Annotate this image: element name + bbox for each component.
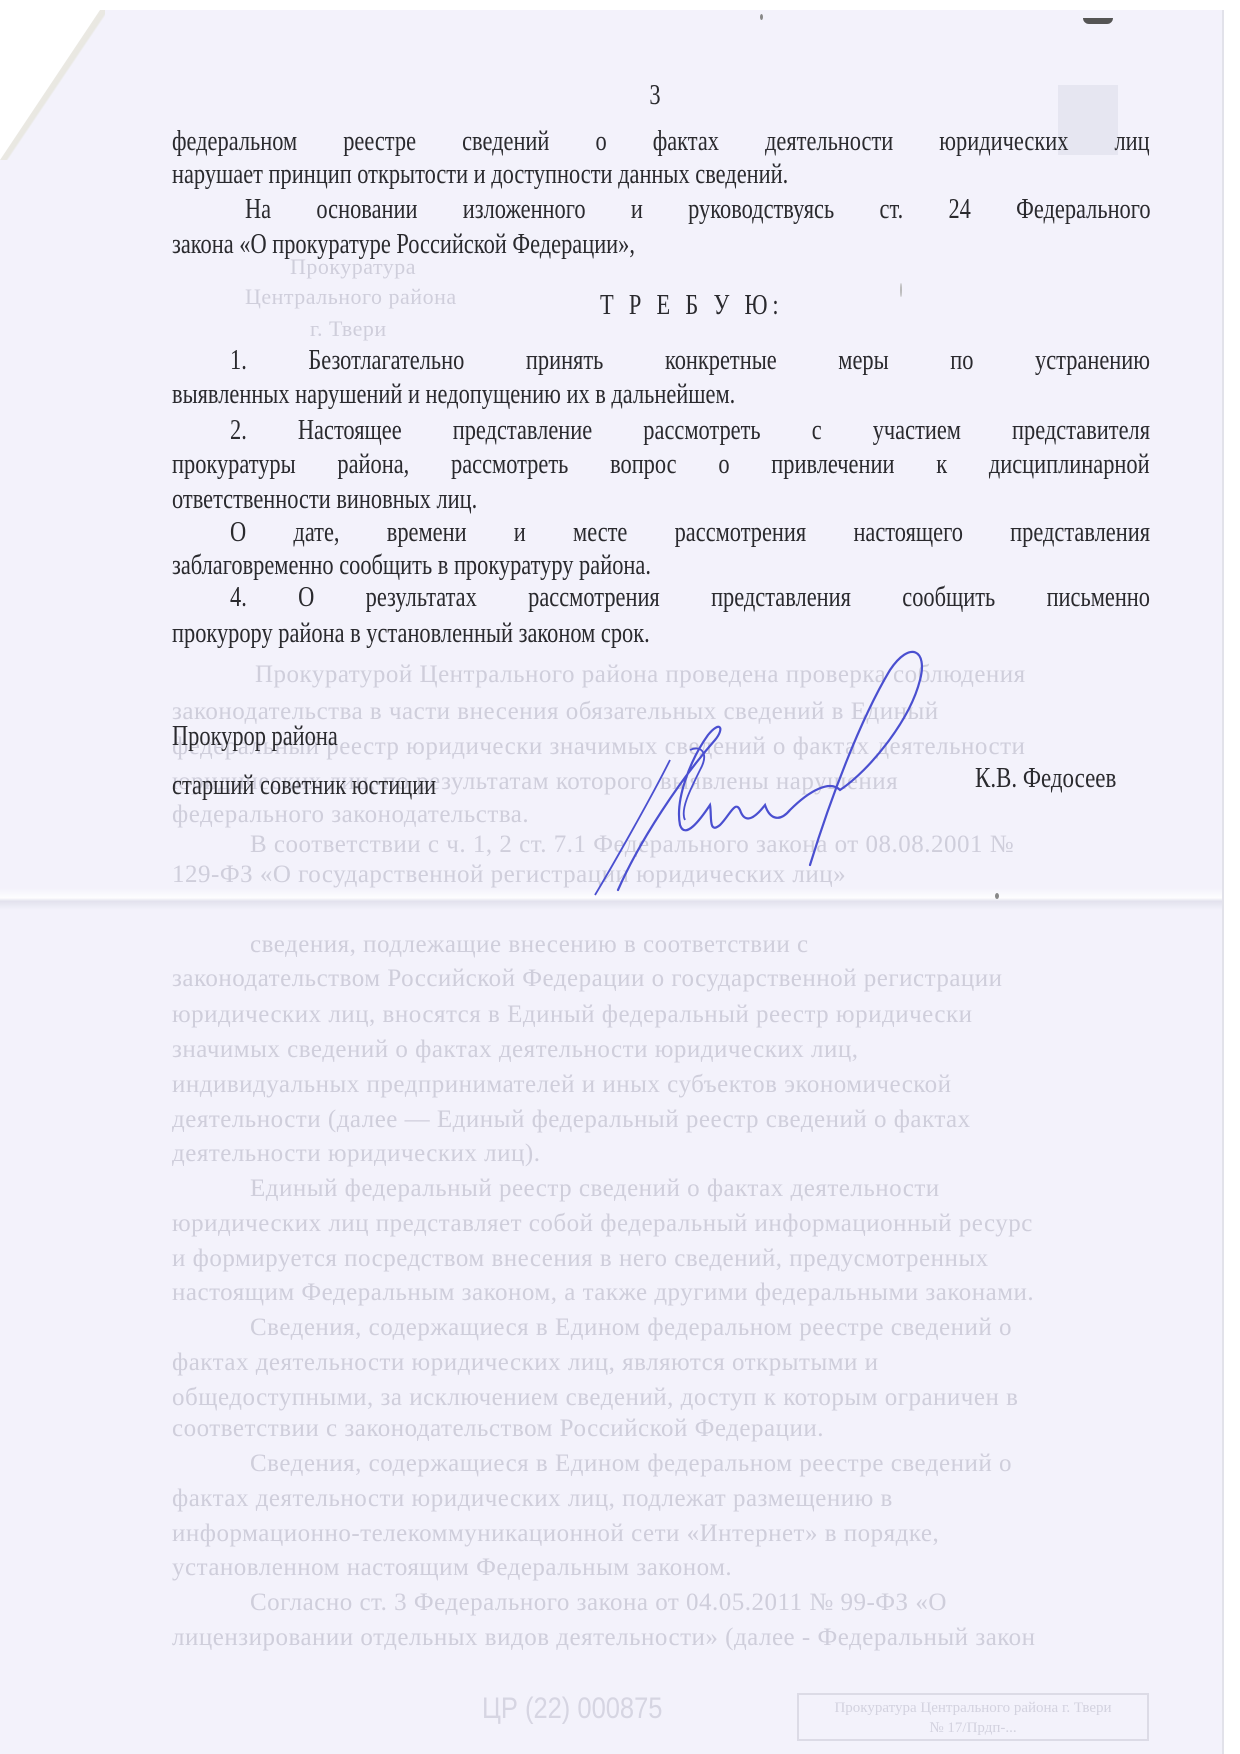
demand-heading: Т Р Е Б У Ю: [600,290,783,322]
bleed-line: Согласно ст. 3 Федерального закона от 04… [250,1586,1225,1620]
bleed-line: соответствии с законодательством Российс… [172,1412,1147,1446]
stamp-line-1: Прокуратура Центрального района г. Твери [799,1698,1147,1718]
text-line: закона «О прокуратуре Российской Федерац… [172,227,635,263]
handwritten-signature [540,640,1060,900]
scan-artifact [995,893,999,899]
folded-corner [0,10,100,160]
bleed-line: юридических лиц представляет собой федер… [172,1207,1147,1241]
bleed-line: сведения, подлежащие внесению в соответс… [250,928,1225,962]
text-line: Прокурор района [172,719,338,755]
bleed-line: и формируется посредством внесения в нег… [172,1242,1147,1276]
bleed-line: фактах деятельности юридических лиц, явл… [172,1346,1147,1380]
bleed-line: установленном настоящим Федеральным зако… [172,1551,1147,1585]
bleed-line: Сведения, содержащиеся в Едином федераль… [250,1447,1225,1481]
bleed-line: фактах деятельности юридических лиц, под… [172,1482,1147,1516]
scan-artifact [900,283,902,297]
text-line: нарушает принцип открытости и доступност… [172,157,788,193]
scan-artifact [1083,18,1113,24]
text-line: О дате, времени и месте рассмотрения нас… [230,515,1150,551]
text-line: 1. Безотлагательно принять конкретные ме… [230,343,1150,379]
text-line: заблаговременно сообщить в прокуратуру р… [172,548,651,584]
bleed-line: лицензировании отдельных видов деятельно… [172,1621,1147,1655]
bleed-line: Сведения, содержащиеся в Едином федераль… [250,1311,1225,1345]
bleed-line: законодательством Российской Федерации о… [172,962,1147,996]
bleed-line: общедоступными, за исключением сведений,… [172,1381,1147,1415]
bleed-line: настоящим Федеральным законом, а также д… [172,1276,1147,1310]
text-line: ответственности виновных лиц. [172,482,477,518]
document-reference-number: ЦР (22) 000875 [482,1692,662,1726]
bleed-line: индивидуальных предпринимателей и иных с… [172,1068,1147,1102]
scan-artifact [760,14,763,20]
text-line: прокуратуры района, рассмотреть вопрос о… [172,447,1150,483]
text-line: старший советник юстиции [172,768,436,804]
page-number: 3 [649,80,660,112]
text-line: выявленных нарушений и недопущению их в … [172,377,735,413]
bleed-line: информационно-телекоммуникационной сети … [172,1517,1147,1551]
bleed-line: юридических лиц, вносятся в Единый федер… [172,998,1147,1032]
registration-stamp: Прокуратура Центрального района г. Твери… [797,1693,1149,1741]
bleed-line: деятельности юридических лиц). [172,1137,1147,1171]
stamp-line-2: № 17/Прдп-... [799,1718,1147,1738]
text-line: 2. Настоящее представление рассмотреть с… [230,413,1150,449]
bleed-line: Единый федеральный реестр сведений о фак… [250,1172,1225,1206]
bleed-line: деятельности (далее — Единый федеральный… [172,1103,1147,1137]
text-line: федеральном реестре сведений о фактах де… [172,124,1150,160]
bleed-line: значимых сведений о фактах деятельности … [172,1033,1147,1067]
text-line: 4. О результатах рассмотрения представле… [230,580,1150,616]
text-line: На основании изложенного и руководствуяс… [245,192,1151,228]
